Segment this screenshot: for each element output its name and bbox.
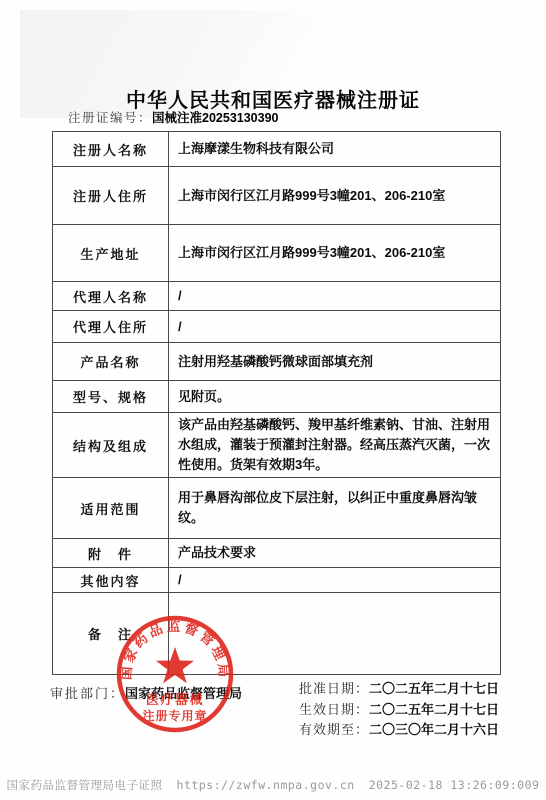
date-value: 二〇二五年二月十七日 <box>369 702 499 717</box>
field-value: 见附页。 <box>169 381 501 413</box>
date-label: 批准日期： <box>299 681 369 696</box>
cert-table-body: 注册人名称 上海摩漾生物科技有限公司 注册人住所 上海市闵行区江月路999号3幢… <box>53 132 501 675</box>
cert-table: 注册人名称 上海摩漾生物科技有限公司 注册人住所 上海市闵行区江月路999号3幢… <box>52 131 501 675</box>
date-label: 有效期至： <box>299 722 369 737</box>
table-row: 生产地址 上海市闵行区江月路999号3幢201、206-210室 <box>53 225 501 282</box>
field-label: 产品名称 <box>53 343 169 381</box>
field-label: 代理人住所 <box>53 311 169 343</box>
seal-line2: 注册专用章 <box>142 708 207 723</box>
field-label: 注册人住所 <box>53 167 169 225</box>
field-value: 上海摩漾生物科技有限公司 <box>169 132 501 167</box>
field-label: 注册人名称 <box>53 132 169 167</box>
date-line: 批准日期：二〇二五年二月十七日 <box>299 679 499 700</box>
table-row: 附 件 产品技术要求 <box>53 539 501 568</box>
table-row: 代理人住所 / <box>53 311 501 343</box>
field-value: 注射用羟基磷酸钙微球面部填充剂 <box>169 343 501 381</box>
date-value: 二〇二五年二月十七日 <box>369 681 499 696</box>
field-value: 上海市闵行区江月路999号3幢201、206-210室 <box>169 225 501 282</box>
field-label: 型号、规格 <box>53 381 169 413</box>
official-seal: 国家药品监督管理局 医疗器械 注册专用章 <box>104 603 246 745</box>
registration-number-line: 注册证编号：国械注准20253130390 <box>68 108 279 126</box>
field-value: / <box>169 311 501 343</box>
field-value: / <box>169 282 501 311</box>
footer-org: 国家药品监督管理局电子证照 <box>7 780 163 792</box>
date-label: 生效日期： <box>299 702 369 717</box>
field-label: 代理人名称 <box>53 282 169 311</box>
field-value: / <box>169 568 501 593</box>
table-row: 型号、规格 见附页。 <box>53 381 501 413</box>
field-value: 上海市闵行区江月路999号3幢201、206-210室 <box>169 167 501 225</box>
table-row: 注册人名称 上海摩漾生物科技有限公司 <box>53 132 501 167</box>
footer-elicense-line: 国家药品监督管理局电子证照https://zwfw.nmpa.gov.cn202… <box>0 777 546 793</box>
field-value: 该产品由羟基磷酸钙、羧甲基纤维素钠、甘油、注射用水组成，灌装于预灌封注射器。经高… <box>169 413 501 478</box>
table-row: 其他内容 / <box>53 568 501 593</box>
field-value: 产品技术要求 <box>169 539 501 568</box>
date-line: 生效日期：二〇二五年二月十七日 <box>299 700 499 721</box>
field-label: 适用范围 <box>53 478 169 539</box>
table-row: 适用范围 用于鼻唇沟部位皮下层注射，以纠正中重度鼻唇沟皱纹。 <box>53 478 501 539</box>
table-row: 产品名称 注射用羟基磷酸钙微球面部填充剂 <box>53 343 501 381</box>
dates-block: 批准日期：二〇二五年二月十七日 生效日期：二〇二五年二月十七日 有效期至：二〇三… <box>299 679 499 741</box>
footer-url: https://zwfw.nmpa.gov.cn <box>177 778 355 792</box>
table-row: 结构及组成 该产品由羟基磷酸钙、羧甲基纤维素钠、甘油、注射用水组成，灌装于预灌封… <box>53 413 501 478</box>
seal-line1: 医疗器械 <box>146 692 204 707</box>
seal-star-icon <box>156 647 194 683</box>
date-line: 有效期至：二〇三〇年二月十六日 <box>299 720 499 741</box>
field-label: 生产地址 <box>53 225 169 282</box>
field-label: 结构及组成 <box>53 413 169 478</box>
reg-no-label: 注册证编号： <box>68 111 152 125</box>
field-label: 其他内容 <box>53 568 169 593</box>
field-value: 用于鼻唇沟部位皮下层注射，以纠正中重度鼻唇沟皱纹。 <box>169 478 501 539</box>
certificate-page: 中华人民共和国医疗器械注册证 注册证编号：国械注准20253130390 注册人… <box>0 0 546 800</box>
reg-no-value: 国械注准20253130390 <box>152 111 278 125</box>
field-label: 附 件 <box>53 539 169 568</box>
footer-timestamp: 2025-02-18 13:26:09:009 <box>369 778 540 792</box>
table-row: 注册人住所 上海市闵行区江月路999号3幢201、206-210室 <box>53 167 501 225</box>
table-row: 代理人名称 / <box>53 282 501 311</box>
date-value: 二〇三〇年二月十六日 <box>369 722 499 737</box>
